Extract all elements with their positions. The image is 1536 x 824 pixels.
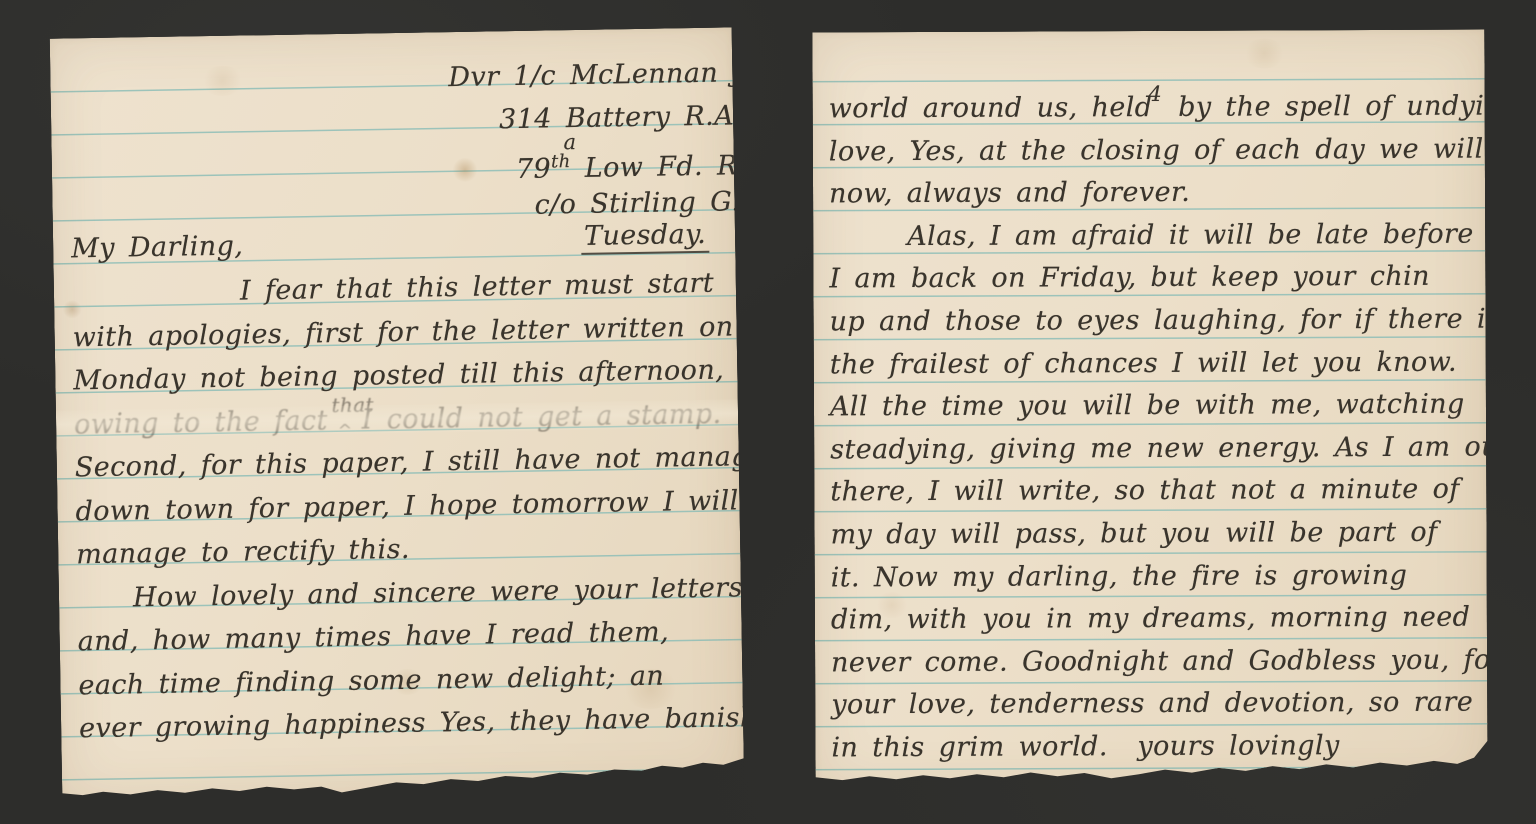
letter-line: steadying, giving me new energy. As I am… — [830, 426, 1480, 471]
regiment-number: 79 — [516, 153, 552, 185]
page-number-mark: 4 — [1148, 82, 1162, 106]
inserted-letter-mark: a — [563, 130, 576, 154]
caret-mark: ^ — [338, 422, 353, 439]
insertion-mark: that^ — [328, 428, 362, 429]
letter-body-page-1: I fear that this letter must start with … — [72, 261, 738, 750]
letter-line-with-page-number: world around us, held4 by the spell of u… — [829, 86, 1479, 131]
scan-background: Dvr 1/c McLennan J. 314 Battery R.A. 79t… — [0, 0, 1536, 824]
letter-line: never come. Goodnight and Godbless you, … — [831, 639, 1481, 684]
sender-name-line: Dvr 1/c McLennan J. — [448, 51, 733, 99]
signature: Ian. — [1210, 770, 1264, 793]
sender-regiment-line: 79th Low Fd. Reg. R.A — [515, 137, 734, 184]
sender-battery-line: 314 Battery R.A. — [499, 94, 734, 141]
salutation: My Darling, — [71, 231, 244, 265]
line-text: I could not get a stamp. — [361, 398, 721, 435]
line-text: owing to the fact — [74, 405, 328, 440]
line-text: world around us, held — [829, 92, 1153, 124]
letter-line: there, I will write, so that not a minut… — [830, 469, 1480, 514]
line-text: by the spell of undying — [1164, 90, 1488, 123]
closing-valediction: yours lovingly — [1137, 730, 1339, 762]
letter-line: now, always and forever. — [829, 171, 1479, 216]
inserted-word: that — [331, 394, 374, 415]
paper-stain — [1242, 38, 1286, 68]
letter-date: Tuesday. — [581, 219, 710, 255]
letter-line: dim, with you in my dreams, morning need — [831, 597, 1481, 642]
letter-line: my day will pass, but you will be part o… — [830, 511, 1480, 556]
ordinal-superscript: th — [551, 151, 571, 172]
letter-header-address: Dvr 1/c McLennan J. 314 Battery R.A. 79t… — [50, 51, 735, 234]
letter-line: All the time you will be with me, watchi… — [830, 384, 1480, 429]
letter-body-page-2: world around us, held4 by the spell of u… — [829, 86, 1482, 770]
regiment-name: Low Fd. Reg. R.A — [571, 149, 745, 185]
letter-line: your love, tenderness and devotion, so r… — [831, 682, 1481, 727]
letter-line: up and those to eyes laughing, for if th… — [830, 299, 1480, 344]
letter-line: the frailest of chances I will let you k… — [830, 341, 1480, 386]
letter-line: love, Yes, at the closing of each day we… — [829, 128, 1479, 173]
letter-page-1: Dvr 1/c McLennan J. 314 Battery R.A. 79t… — [50, 27, 745, 801]
letter-line: I am back on Friday, but keep your chin — [829, 256, 1479, 301]
letter-line: Alas, I am afraid it will be late before — [829, 213, 1479, 258]
letter-line: it. Now my darling, the fire is growing — [831, 554, 1481, 599]
letter-page-2: world around us, held4 by the spell of u… — [812, 30, 1487, 793]
